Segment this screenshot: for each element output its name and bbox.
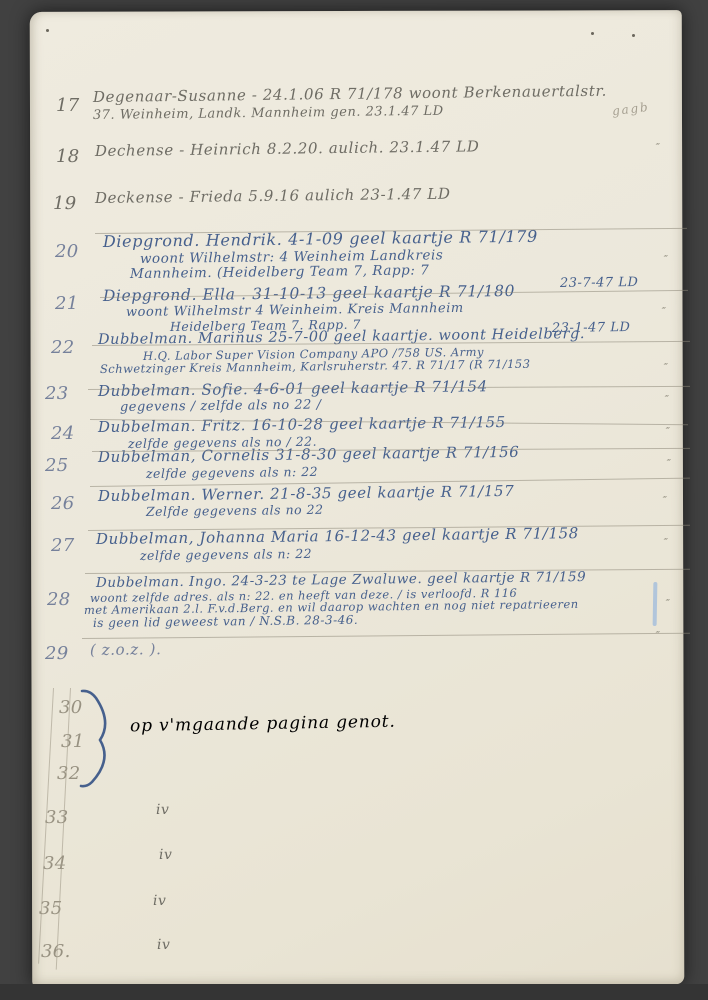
ditto-mark: ″ <box>662 536 669 550</box>
entry-line: iv <box>153 893 167 909</box>
entry-line: Zelfde gegevens als no 22 <box>146 502 324 519</box>
entry-line: Degenaar-Susanne - 24.1.06 R 71/178 woon… <box>93 82 607 106</box>
entry-line: zelfde gegevens als n: 22 <box>140 546 312 563</box>
handwriting-layer: gagb op v'mgaande pagina genot. 17Degena… <box>0 0 708 1000</box>
row-number: 31 <box>61 731 85 752</box>
blue-pencil-tick <box>653 582 658 626</box>
entry-line: 23-7-47 LD <box>560 275 639 291</box>
row-number: 25 <box>45 455 69 476</box>
ditto-mark: ″ <box>654 141 661 155</box>
separator-line <box>82 633 690 639</box>
scanned-register-page: gagb op v'mgaande pagina genot. 17Degena… <box>0 0 708 1000</box>
paper-speck <box>632 34 635 37</box>
entry-line: is geen lid geweest van / N.S.B. 28-3-46… <box>93 613 358 630</box>
row-number: 33 <box>45 807 69 828</box>
row-number: 18 <box>56 146 80 167</box>
entry-line: gegevens / zelfde als no 22 / <box>120 398 322 415</box>
row-number: 27 <box>51 535 75 556</box>
entry-line: zelfde gegevens als n: 22 <box>146 464 318 481</box>
entry-line: iv <box>157 937 171 953</box>
row-number: 32 <box>57 763 81 784</box>
entry-line: 37. Weinheim, Landk. Mannheim gen. 23.1.… <box>93 104 444 123</box>
paper-speck <box>46 29 49 32</box>
ditto-mark: ″ <box>664 425 671 439</box>
ditto-mark: ″ <box>654 629 661 643</box>
row-number: 21 <box>55 293 79 314</box>
row-number: 28 <box>47 589 71 610</box>
ditto-mark: ″ <box>662 253 669 267</box>
entry-line: iv <box>159 847 173 863</box>
row-number: 30 <box>59 697 83 718</box>
ditto-mark: ″ <box>662 361 669 375</box>
ditto-mark: ″ <box>665 457 672 471</box>
row-number: 34 <box>43 853 67 874</box>
paper-speck <box>591 32 594 35</box>
entry-line: Dubbelman, Cornelis 31-8-30 geel kaartje… <box>98 443 520 466</box>
entry-line: Dechense - Heinrich 8.2.20. aulich. 23.1… <box>95 137 480 160</box>
previous-page-note: op v'mgaande pagina genot. <box>130 712 396 737</box>
row-number: 23 <box>45 383 69 404</box>
pencil-annotation: gagb <box>611 100 650 118</box>
row-number: 20 <box>55 241 79 262</box>
entry-line: Mannheim. (Heidelberg Team 7, Rapp: 7 <box>130 262 430 282</box>
ditto-mark: ″ <box>660 305 667 319</box>
entry-line: ( z.o.z. ). <box>90 640 162 659</box>
ditto-mark: ″ <box>664 597 671 611</box>
entry-line: Dubbelman. Fritz. 16-10-28 geel kaartje … <box>98 413 506 436</box>
row-number: 17 <box>56 95 80 116</box>
row-number: 26 <box>51 493 75 514</box>
row-number: 24 <box>51 423 75 444</box>
entry-line: Deckense - Frieda 5.9.16 aulich 23-1.47 … <box>95 185 451 207</box>
ditto-mark: ″ <box>661 494 668 508</box>
ditto-mark: ″ <box>663 393 670 407</box>
row-number: 22 <box>51 337 75 358</box>
row-number: 19 <box>53 193 77 214</box>
row-number: 29 <box>45 643 69 664</box>
entry-line: iv <box>156 802 170 818</box>
